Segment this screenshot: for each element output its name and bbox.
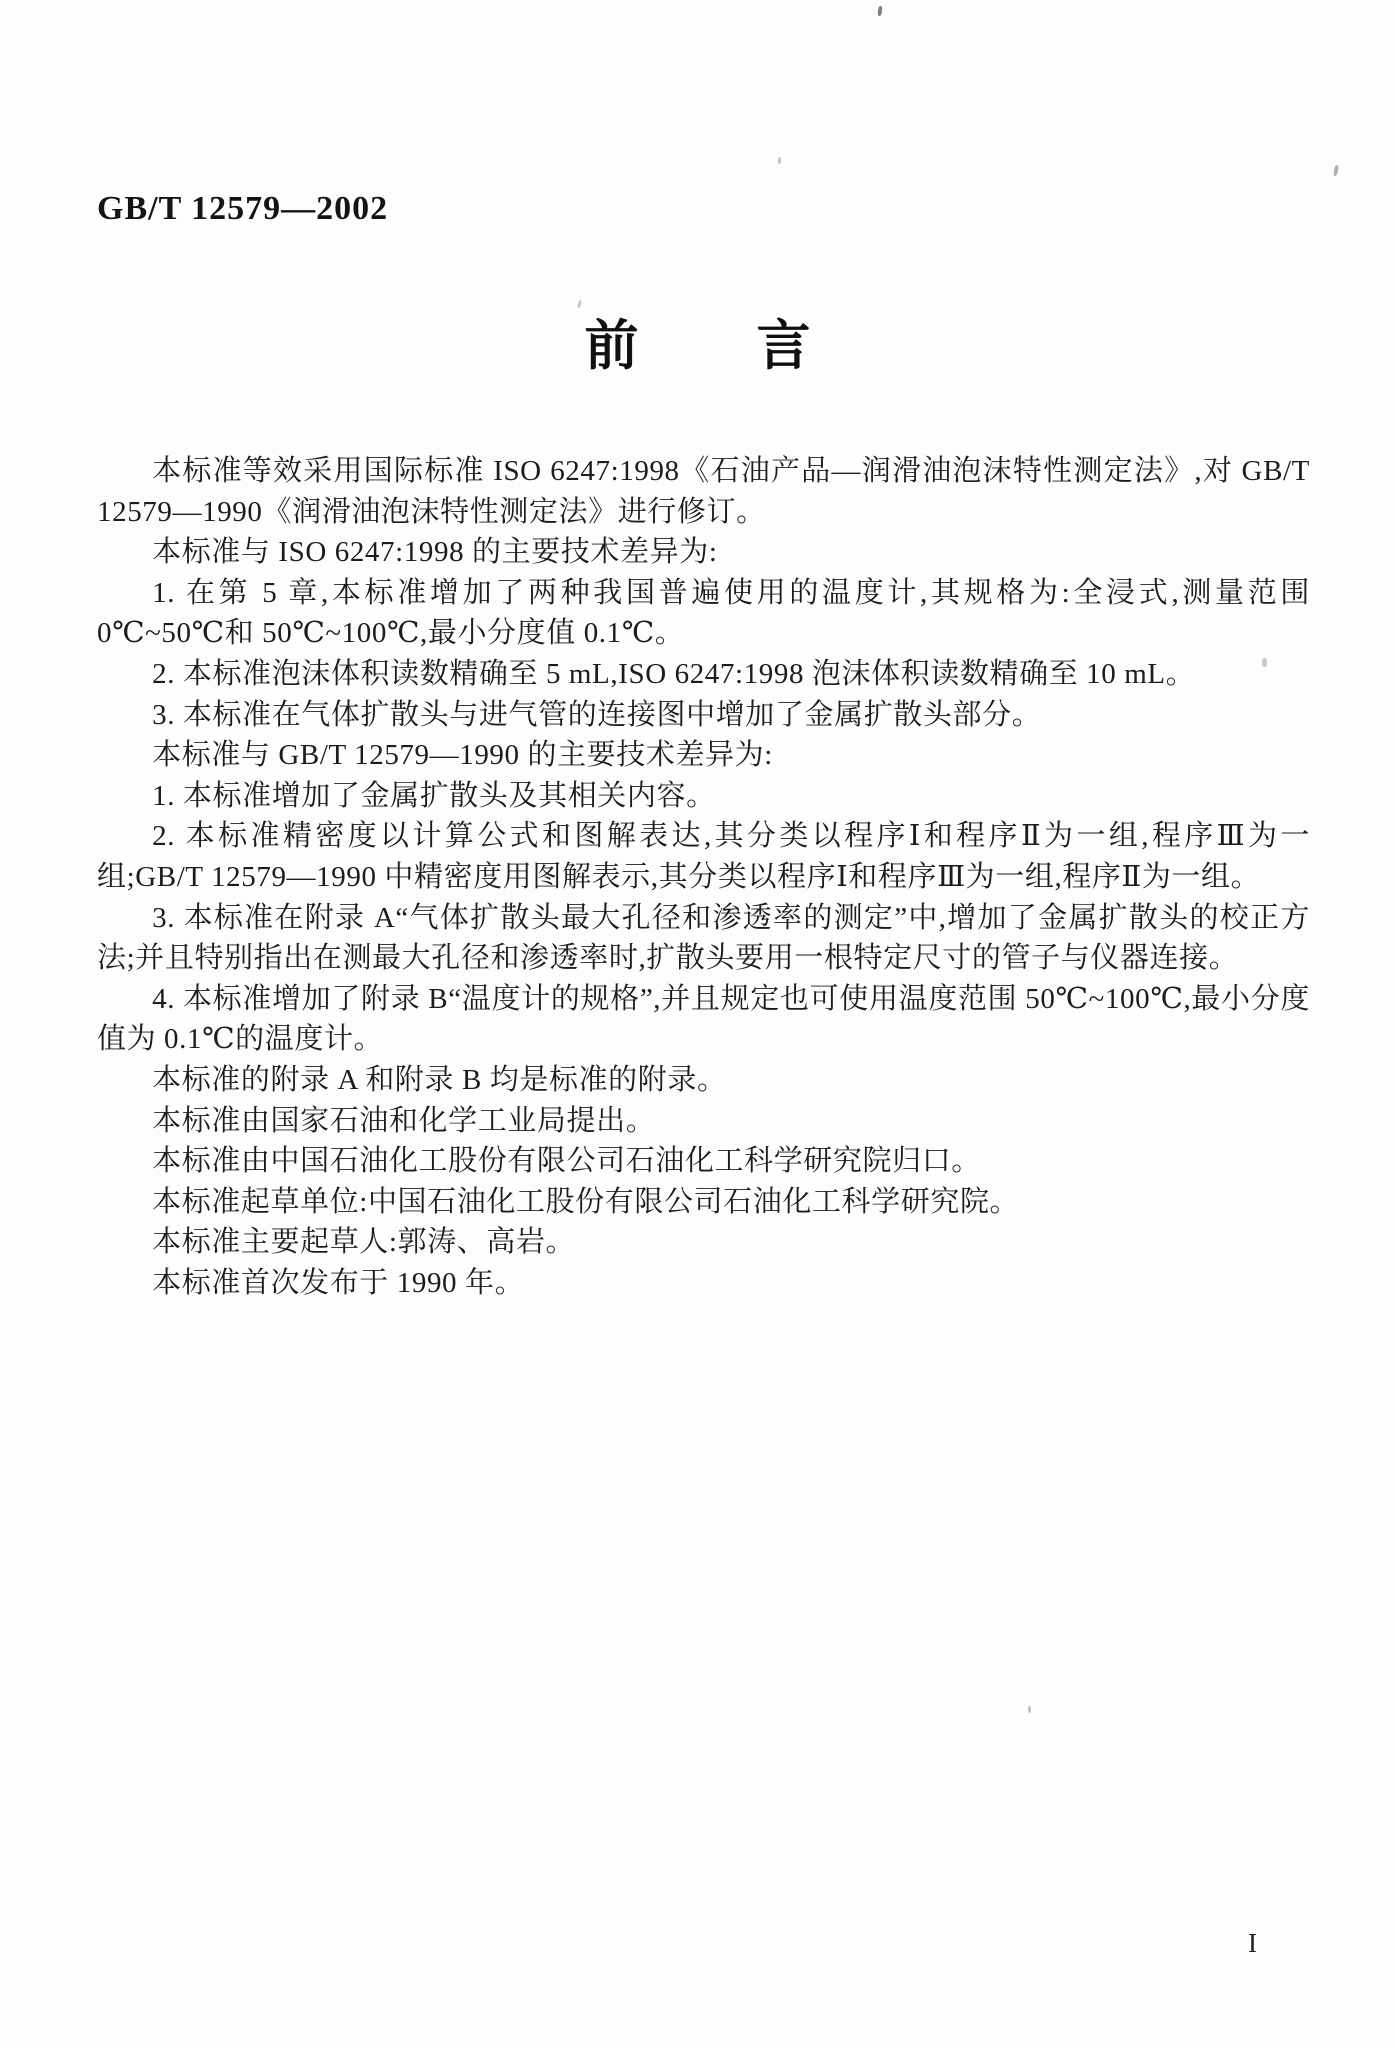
paragraph: 2. 本标准精密度以计算公式和图解表达,其分类以程序Ⅰ和程序Ⅱ为一组,程序Ⅲ为一… <box>97 816 1310 897</box>
paragraph: 本标准起草单位:中国石油化工股份有限公司石油化工科学研究院。 <box>97 1182 1310 1223</box>
paragraph: 4. 本标准增加了附录 B“温度计的规格”,并且规定也可使用温度范围 50℃~1… <box>97 979 1310 1060</box>
title-char-yan: 言 <box>757 303 811 380</box>
standard-number-header: GB/T 12579—2002 <box>97 190 388 228</box>
paragraph: 1. 本标准增加了金属扩散头及其相关内容。 <box>97 776 1310 817</box>
scan-artifact <box>1333 165 1339 177</box>
paragraph: 本标准主要起草人:郭涛、高岩。 <box>97 1222 1310 1263</box>
document-title: 前 言 <box>0 303 1395 380</box>
page-number: I <box>1248 1928 1257 1959</box>
paragraph: 本标准首次发布于 1990 年。 <box>97 1263 1310 1304</box>
paragraph: 本标准的附录 A 和附录 B 均是标准的附录。 <box>97 1060 1310 1101</box>
foreword-body: 本标准等效采用国际标准 ISO 6247:1998《石油产品—润滑油泡沫特性测定… <box>97 451 1310 1303</box>
paragraph: 本标准由中国石油化工股份有限公司石油化工科学研究院归口。 <box>97 1141 1310 1182</box>
title-char-qian: 前 <box>585 303 639 380</box>
scan-artifact <box>1028 1706 1031 1713</box>
scan-artifact <box>877 6 882 16</box>
scan-artifact <box>1262 658 1267 667</box>
paragraph: 3. 本标准在附录 A“气体扩散头最大孔径和渗透率的测定”中,增加了金属扩散头的… <box>97 898 1310 979</box>
paragraph: 本标准与 GB/T 12579—1990 的主要技术差异为: <box>97 735 1310 776</box>
paragraph: 2. 本标准泡沫体积读数精确至 5 mL,ISO 6247:1998 泡沫体积读… <box>97 654 1310 695</box>
paragraph: 3. 本标准在气体扩散头与进气管的连接图中增加了金属扩散头部分。 <box>97 695 1310 736</box>
scanned-standard-page: { "page": { "header": "GB/T 12579—2002",… <box>0 0 1395 2048</box>
paragraph: 本标准等效采用国际标准 ISO 6247:1998《石油产品—润滑油泡沫特性测定… <box>97 451 1310 532</box>
paragraph: 本标准与 ISO 6247:1998 的主要技术差异为: <box>97 532 1310 573</box>
paragraph: 本标准由国家石油和化学工业局提出。 <box>97 1101 1310 1142</box>
scan-artifact <box>778 157 781 164</box>
paragraph: 1. 在第 5 章,本标准增加了两种我国普遍使用的温度计,其规格为:全浸式,测量… <box>97 573 1310 654</box>
